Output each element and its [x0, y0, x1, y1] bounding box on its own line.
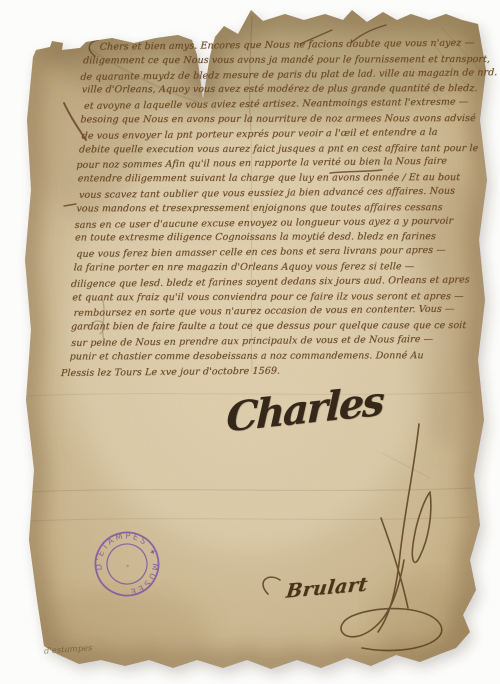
manuscript-text-block: Chers et bien amys. Encores que Nous ne … [69, 37, 468, 380]
photograph-of-manuscript: D'ETAMPES ✦ MUSEE Chers et bien amys. En… [0, 0, 500, 684]
